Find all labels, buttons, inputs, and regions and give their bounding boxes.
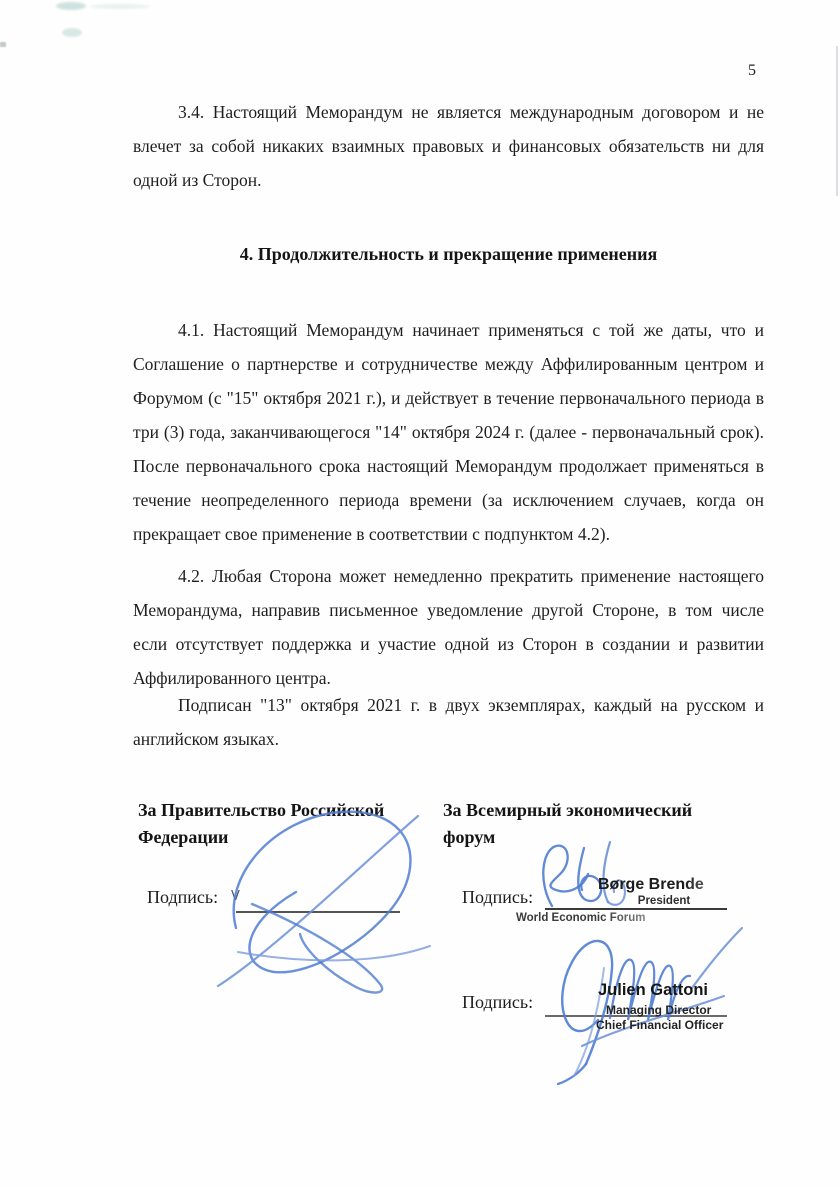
- stamp-name-gattoni: Julien Gattoni: [598, 981, 748, 1000]
- stamp-title-brende: President: [600, 895, 728, 907]
- signature-line-left: [236, 911, 400, 913]
- scan-artifact: [56, 2, 86, 10]
- stamp-title2-gattoni: Chief Financial Officer: [596, 1018, 723, 1032]
- scan-artifact: [0, 42, 6, 47]
- section-heading: 4. Продолжительность и прекращение приме…: [133, 241, 764, 267]
- document-page: 5 3.4. Настоящий Меморандум не является …: [0, 0, 840, 1187]
- signature-line-brende: [545, 908, 727, 910]
- scan-edge-line: [836, 46, 838, 196]
- paragraph-signed: Подписан "13" октября 2021 г. в двух экз…: [133, 688, 764, 756]
- paragraph-4-1: 4.1. Настоящий Меморандум начинает приме…: [133, 313, 764, 551]
- stamp-org-brende: World Economic Forum: [516, 912, 706, 924]
- handwritten-mark: V: [231, 889, 240, 904]
- signatory-party-russia: За Правительство Российской Федерации: [138, 797, 430, 851]
- paragraph-3-4: 3.4. Настоящий Меморандум не является ме…: [133, 95, 764, 197]
- stamp-title-gattoni: Managing Director: [606, 1003, 711, 1017]
- stamp-name-brende: Børge Brende: [598, 876, 738, 894]
- scan-artifact: [90, 4, 150, 9]
- page-number: 5: [748, 62, 756, 80]
- signature-label-gattoni: Подпись:: [462, 992, 533, 1013]
- signature-label-brende: Подпись:: [462, 887, 533, 908]
- signatory-party-wef: За Всемирный экономический форум: [443, 797, 743, 851]
- paragraph-4-2: 4.2. Любая Сторона может немедленно прек…: [133, 559, 764, 695]
- document-body: 3.4. Настоящий Меморандум не является ме…: [133, 95, 764, 756]
- signature-label-left: Подпись:: [147, 887, 218, 908]
- scan-artifact: [62, 28, 82, 37]
